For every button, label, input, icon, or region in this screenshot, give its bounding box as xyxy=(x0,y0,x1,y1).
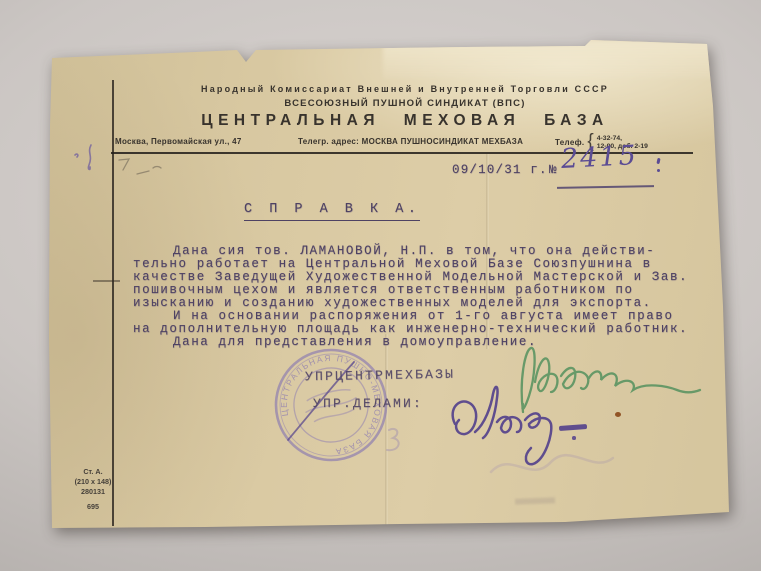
margin-tick xyxy=(93,280,120,282)
imprint-line-3: 280131 xyxy=(51,487,135,497)
document-title: С П Р А В К А. xyxy=(244,202,420,221)
ink-bleed-marks xyxy=(481,432,621,492)
imprint-line-2: (210 x 148) xyxy=(51,477,135,487)
official-title-2: УПР.ДЕЛАМИ: xyxy=(313,396,423,411)
paper-faded-band xyxy=(383,41,713,79)
letterhead-address: Москва, Первомайская ул., 47 xyxy=(115,137,242,146)
margin-rule xyxy=(112,80,114,526)
number-underline xyxy=(557,185,654,188)
printers-imprint: Ст. А. (210 x 148) 280131 695 xyxy=(51,467,135,512)
letterhead-org-line2: ВСЕСОЮЗНЫЙ ПУШНОЙ СИНДИКАТ (ВПС) xyxy=(85,98,725,109)
letterhead-org-line1: Народный Комиссариат Внешней и Внутренне… xyxy=(85,84,725,94)
ink-bleed-glyph xyxy=(377,426,407,456)
date-value: 09/10/31 г. xyxy=(452,163,548,177)
number-label: № xyxy=(549,163,557,177)
letterhead-telegraph: Телегр. адрес: МОСКВА ПУШНОСИНДИКАТ МЕХБ… xyxy=(298,137,523,146)
official-title-1: УПРЦЕНТРМЕХБАЗЫ xyxy=(305,367,455,385)
imprint-line-4: 695 xyxy=(51,502,135,512)
bottom-smudge xyxy=(515,497,555,504)
document: Народный Комиссариат Внешней и Внутренне… xyxy=(45,36,735,536)
ink-colon-mark xyxy=(657,158,660,172)
pencil-marks xyxy=(97,154,167,184)
imprint-line-1: Ст. А. xyxy=(51,467,135,477)
number-value-handwritten: 2415 xyxy=(560,140,638,175)
rust-fleck xyxy=(615,412,621,417)
document-paper: Народный Комиссариат Внешней и Внутренне… xyxy=(45,36,735,536)
photo-backdrop: Народный Комиссариат Внешней и Внутренне… xyxy=(0,0,761,571)
letterhead-org-line3: ЦЕНТРАЛЬНАЯ МЕХОВАЯ БАЗА xyxy=(85,112,725,130)
